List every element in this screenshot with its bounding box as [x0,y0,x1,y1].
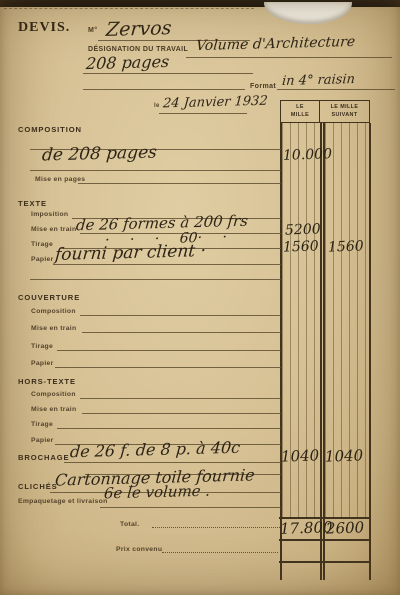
prix-label: Prix convenu [116,546,162,553]
torn-paper-notch [264,2,352,24]
price-columns-header: LE MILLE LE MILLE SUIVANT [280,100,370,123]
papier-label: Papier [31,256,54,263]
mise-en-pages-label: Mise en pages [35,176,85,183]
section-hors-texte-heading: HORS-TEXTE [18,377,76,386]
couverture-papier-label: Papier [31,360,54,367]
date-handwritten: 24 Janvier 1932 [162,94,268,112]
format-handwritten: in 4° raisin [281,72,355,89]
brochage-handwritten: de 26 f. de 8 p. à 40c [69,438,241,462]
col1-line1: LE [296,104,304,111]
col2-line1: LE MILLE [331,104,359,111]
empaquetage-handwritten: 6e le volume . [103,482,211,503]
pages-handwritten: 208 pages [85,52,170,73]
composition-entry-handwritten: de 208 pages [41,142,157,165]
hors-texte-composition-label: Composition [31,391,76,398]
tirage-amount-col2: 1560 [328,238,364,255]
couverture-composition-label: Composition [31,308,76,315]
section-couverture-heading: COUVERTURE [18,293,80,302]
col1-line2: MILLE [291,112,309,119]
tirage-amount-col1: 1560 [283,238,319,255]
cliches-label: CLICHÉS [18,482,58,491]
tirage-label: Tirage [31,241,53,248]
hors-texte-papier-label: Papier [31,437,54,444]
section-composition-heading: COMPOSITION [18,125,82,134]
hors-texte-tirage-label: Tirage [31,421,53,428]
couverture-tirage-label: Tirage [31,343,53,350]
composition-amount-col1: 10.000 [283,146,333,164]
client-prefix: M° [88,27,97,34]
date-prefix: le [154,103,160,109]
mise-en-train-amount-col1: 5200 [285,221,321,238]
hors-texte-mise-en-train-label: Mise en train [31,406,76,413]
work-title-handwritten: Volume d'Architecture [195,34,355,54]
total-amount-col2: 2600 [326,518,365,537]
format-label: Format [250,83,276,90]
perforation-line [4,8,254,9]
total-label: Total. [120,521,139,528]
col-le-mille-header: LE MILLE [281,101,319,122]
papier-handwritten: fourni par client · [54,241,207,265]
empaquetage-label: Empaquetage et livraison [18,498,108,505]
col-le-mille-suivant-header: LE MILLE SUIVANT [319,101,369,122]
mise-en-train-label: Mise en train [31,226,76,233]
form-title: DEVIS. [18,20,70,36]
imposition-label: Imposition [31,211,68,218]
col2-line2: SUIVANT [331,112,357,119]
client-name-handwritten: Zervos [105,17,172,41]
brochage-amount-col1: 1040 [281,446,320,465]
devis-form-scan: DEVIS. M° Zervos DÉSIGNATION DU TRAVAIL … [0,0,400,595]
couverture-mise-en-train-label: Mise en train [31,325,76,332]
section-texte-heading: TEXTE [18,199,47,208]
brochage-amount-col2: 1040 [325,446,364,465]
brochage-label: BROCHAGE [18,453,70,462]
